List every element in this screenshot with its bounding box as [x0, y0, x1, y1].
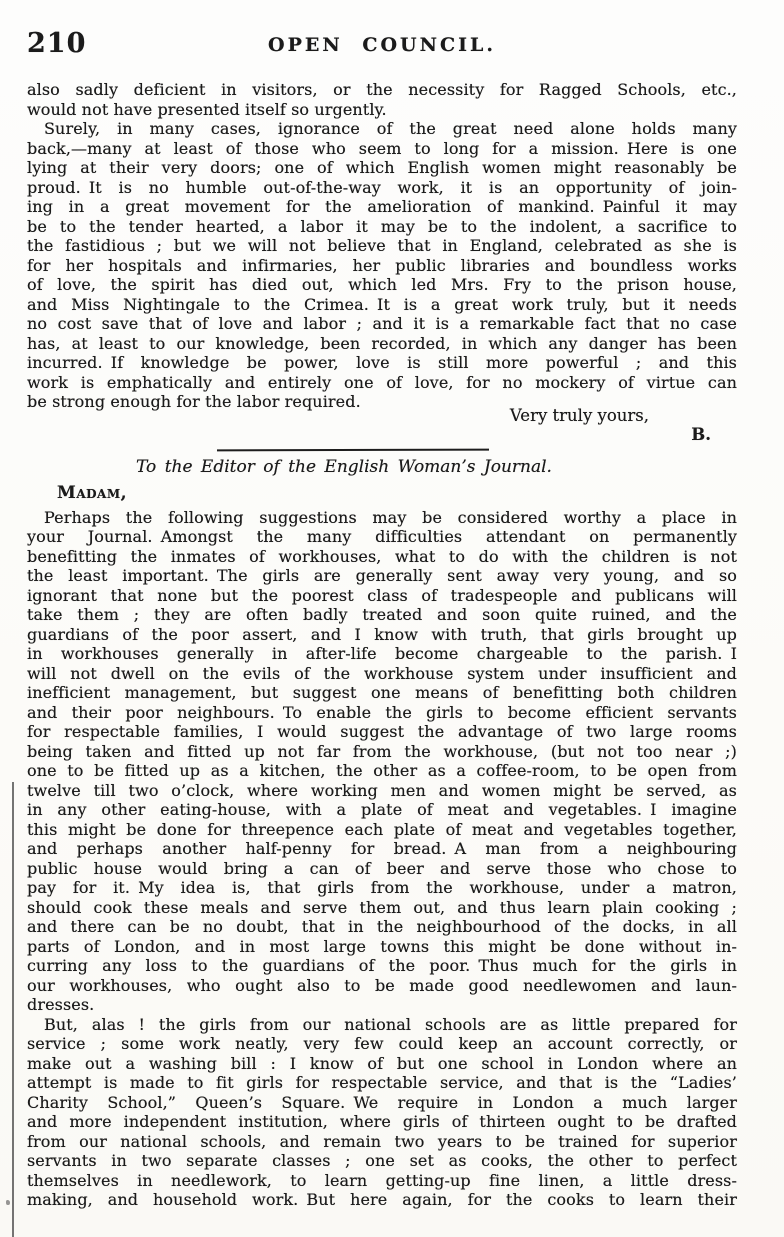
- text-line: in workhouses generally in after-life be…: [27, 644, 737, 664]
- text-line: for respectable families, I would sugges…: [27, 722, 737, 742]
- paragraph: Surely, in many cases, ignorance of the …: [27, 119, 737, 412]
- text-line: and there can be no doubt, that in the n…: [27, 917, 737, 937]
- text-line: and their poor neighbours. To enable the…: [27, 703, 737, 723]
- letter-heading: To the Editor of the English Woman’s Jou…: [0, 458, 699, 477]
- text-line: take them ; they are often badly treated…: [27, 605, 737, 625]
- text-line: back,—many at least of those who seem to…: [27, 139, 737, 159]
- text-line: twelve till two o’clock, where working m…: [27, 781, 737, 801]
- text-line: your Journal. Amongst the many difficult…: [27, 527, 737, 547]
- text-line: pay for it. My idea is, that girls from …: [27, 878, 737, 898]
- text-line: the fastidious ; but we will not believe…: [27, 236, 737, 256]
- letter-signature: B.: [27, 425, 737, 444]
- scan-speck-artifact: [6, 1200, 10, 1205]
- text-line: guardians of the poor assert, and I know…: [27, 625, 737, 645]
- text-line: service ; some work neatly, very few cou…: [27, 1034, 737, 1054]
- page-header: 210 OPEN COUNCIL.: [27, 30, 737, 58]
- section-divider-rule: [217, 448, 489, 451]
- paragraph: also sadly deficient in visitors, or the…: [27, 80, 737, 119]
- text-line: servants in two separate classes ; one s…: [27, 1151, 737, 1171]
- text-line: of love, the spirit has died out, which …: [27, 275, 737, 295]
- text-line: one to be fitted up as a kitchen, the ot…: [27, 761, 737, 781]
- text-line: incurred. If knowledge be power, love is…: [27, 353, 737, 373]
- text-line: make out a washing bill : I know of but …: [27, 1054, 737, 1074]
- text-line: Perhaps the following suggestions may be…: [27, 508, 737, 528]
- letter-body: Perhaps the following suggestions may be…: [27, 508, 737, 1210]
- text-line: proud. It is no humble out-of-the-way wo…: [27, 178, 737, 198]
- text-line: Surely, in many cases, ignorance of the …: [27, 119, 737, 139]
- text-line: Charity School,” Queen’s Square. We requ…: [27, 1093, 737, 1113]
- letter-to-editor: To the Editor of the English Woman’s Jou…: [27, 458, 737, 1210]
- text-line: also sadly deficient in visitors, or the…: [27, 80, 737, 100]
- text-line: our workhouses, who ought also to be mad…: [27, 976, 737, 996]
- text-line: the least important. The girls are gener…: [27, 566, 737, 586]
- paragraph: But, alas ! the girls from our national …: [27, 1015, 737, 1210]
- text-line: in any other eating-house, with a plate …: [27, 800, 737, 820]
- letter-body: also sadly deficient in visitors, or the…: [27, 80, 737, 412]
- text-line: attempt is made to fit girls for respect…: [27, 1073, 737, 1093]
- text-line: will not dwell on the evils of the workh…: [27, 664, 737, 684]
- text-line: ing in a great movement for the ameliora…: [27, 197, 737, 217]
- text-line: inefficient management, but suggest one …: [27, 683, 737, 703]
- text-line: But, alas ! the girls from our national …: [27, 1015, 737, 1035]
- paragraph: Perhaps the following suggestions may be…: [27, 508, 737, 1015]
- scan-edge-artifact: [12, 782, 14, 1237]
- journal-page: 210 OPEN COUNCIL. also sadly deficient i…: [0, 0, 784, 1237]
- text-line: no cost save that of love and labor ; an…: [27, 314, 737, 334]
- letter-from-b: also sadly deficient in visitors, or the…: [27, 80, 737, 444]
- text-line: and Miss Nightingale to the Crimea. It i…: [27, 295, 737, 315]
- text-line: being taken and fitted up not far from t…: [27, 742, 737, 762]
- text-line: and perhaps another half-penny for bread…: [27, 839, 737, 859]
- text-line: has, at least to our knowledge, been rec…: [27, 334, 737, 354]
- salutation: Madam,: [27, 484, 737, 503]
- text-line: parts of London, and in most large towns…: [27, 937, 737, 957]
- running-title: OPEN COUNCIL.: [27, 33, 737, 57]
- text-line: curring any loss to the guardians of the…: [27, 956, 737, 976]
- text-line: should cook these meals and serve them o…: [27, 898, 737, 918]
- text-line: for her hospitals and infirmaries, her p…: [27, 256, 737, 276]
- text-line: public house would bring a can of beer a…: [27, 859, 737, 879]
- text-line: would not have presented itself so urgen…: [27, 100, 737, 120]
- text-line: be to the tender hearted, a labor it may…: [27, 217, 737, 237]
- text-line: ignorant that none but the poorest class…: [27, 586, 737, 606]
- text-line: dresses.: [27, 995, 737, 1015]
- text-line: from our national schools, and remain tw…: [27, 1132, 737, 1152]
- text-line: this might be done for threepence each p…: [27, 820, 737, 840]
- text-line: benefitting the inmates of workhouses, w…: [27, 547, 737, 567]
- text-line: making, and household work. But here aga…: [27, 1190, 737, 1210]
- text-line: lying at their very doors; one of which …: [27, 158, 737, 178]
- text-line: themselves in needlework, to learn getti…: [27, 1171, 737, 1191]
- text-line: work is emphatically and entirely one of…: [27, 373, 737, 393]
- text-line: and more independent institution, where …: [27, 1112, 737, 1132]
